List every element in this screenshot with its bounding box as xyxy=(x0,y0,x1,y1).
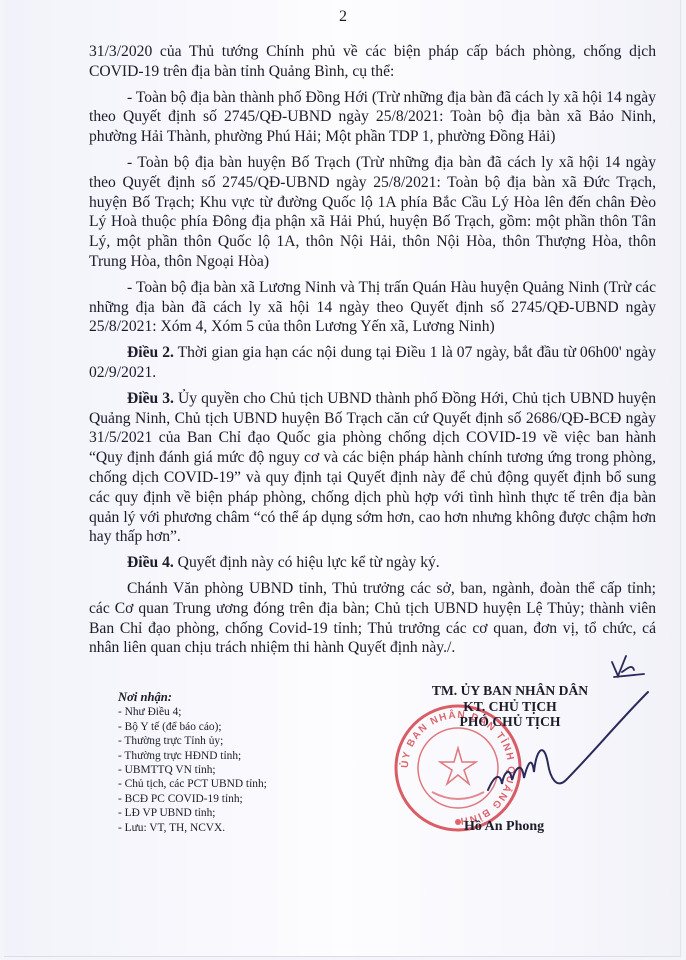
document-body: 31/3/2020 của Thủ tướng Chính phủ về các… xyxy=(89,42,656,664)
signer-name: Hồ An Phong xyxy=(464,819,544,835)
article-label: Điều 3. xyxy=(127,390,174,407)
recipient-item: - Thường trực Tỉnh ủy; xyxy=(118,734,267,748)
recipient-item: - BCĐ PC COVID-19 tỉnh; xyxy=(118,792,267,806)
paragraph: Điều 2. Thời gian gia hạn các nội dung t… xyxy=(89,343,656,383)
recipient-item: - Như Điều 4; xyxy=(118,705,267,719)
paragraph: - Toàn bộ địa bàn huyện Bố Trạch (Trừ nh… xyxy=(89,153,656,272)
paragraph: - Toàn bộ địa bàn thành phố Đồng Hới (Tr… xyxy=(89,88,656,147)
paragraph: 31/3/2020 của Thủ tướng Chính phủ về các… xyxy=(89,42,656,82)
paragraph: - Toàn bộ địa bàn xã Lương Ninh và Thị t… xyxy=(89,278,656,337)
page-number: 2 xyxy=(0,8,686,26)
recipient-item: - Bộ Y tế (để báo cáo); xyxy=(118,720,267,734)
recipient-item: - UBMTTQ VN tỉnh; xyxy=(118,763,267,777)
handwritten-signature-icon xyxy=(470,680,670,820)
recipients-title: Nơi nhận: xyxy=(118,690,267,704)
recipient-item: - Thường trực HĐND tỉnh; xyxy=(118,749,267,763)
paragraph: Điều 4. Quyết định này có hiệu lực kể từ… xyxy=(89,553,656,573)
recipient-item: - Lưu: VT, TH, NCVX. xyxy=(118,821,267,835)
recipient-item: - Chủ tịch, các PCT UBND tỉnh; xyxy=(118,777,267,791)
paragraph: Chánh Văn phòng UBND tỉnh, Thủ trưởng cá… xyxy=(89,579,656,658)
paragraph: Điều 3. Ủy quyền cho Chủ tịch UBND thành… xyxy=(89,389,656,547)
article-label: Điều 2. xyxy=(127,344,174,361)
article-label: Điều 4. xyxy=(127,554,174,571)
initial-mark-icon xyxy=(608,650,648,680)
recipients-list: Nơi nhận: - Như Điều 4;- Bộ Y tế (để báo… xyxy=(118,690,267,835)
recipient-item: - LĐ VP UBND tỉnh; xyxy=(118,806,267,820)
